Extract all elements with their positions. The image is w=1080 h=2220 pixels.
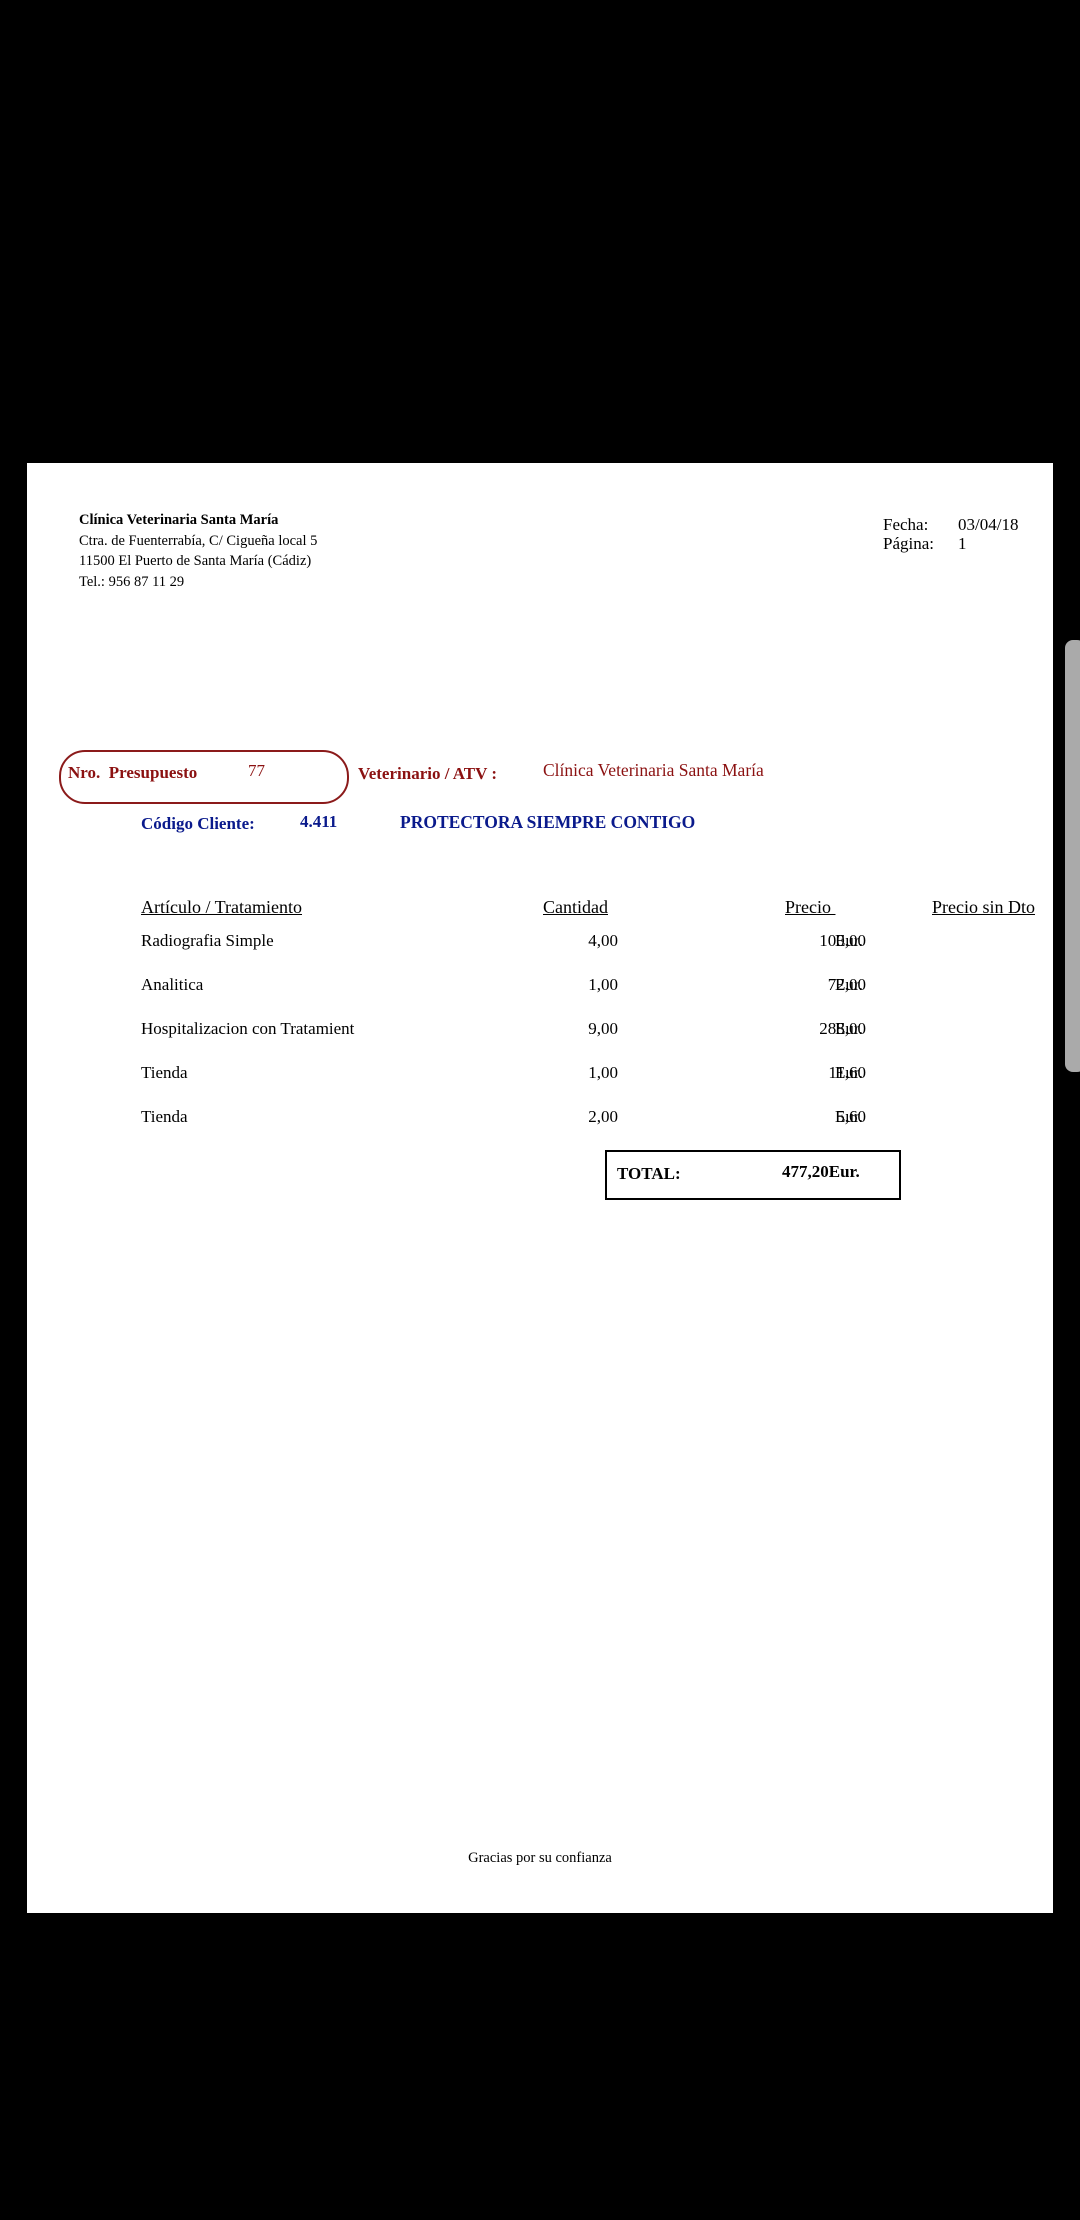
vet-value: Clínica Veterinaria Santa María (543, 760, 764, 781)
document-page: Clínica Veterinaria Santa María Ctra. de… (27, 463, 1053, 1913)
row-quantity: 2,00 (588, 1107, 618, 1127)
page-value: 1 (958, 534, 967, 553)
clinic-info: Clínica Veterinaria Santa María Ctra. de… (79, 510, 317, 592)
row-quantity: 9,00 (588, 1019, 618, 1039)
row-quantity: 4,00 (588, 931, 618, 951)
header-price: Precio (785, 897, 835, 918)
scrollbar-handle[interactable] (1065, 640, 1080, 1072)
row-currency: Eur. (835, 1019, 863, 1039)
page-label: Página: (883, 534, 958, 553)
budget-label: Nro. Presupuesto (68, 763, 197, 783)
clinic-address-line2: 11500 El Puerto de Santa María (Cádiz) (79, 551, 317, 572)
vet-label: Veterinario / ATV : (358, 764, 497, 784)
header-quantity: Cantidad (543, 897, 608, 918)
row-article: Radiografia Simple (141, 931, 274, 951)
row-article: Tienda (141, 1107, 188, 1127)
client-code: 4.411 (300, 812, 337, 832)
row-article: Analitica (141, 975, 203, 995)
row-quantity: 1,00 (588, 975, 618, 995)
clinic-address-line1: Ctra. de Fuenterrabía, C/ Cigueña local … (79, 531, 317, 552)
row-currency: Eur. (835, 975, 863, 995)
header-article: Artículo / Tratamiento (141, 897, 302, 918)
row-article: Hospitalizacion con Tratamient (141, 1019, 354, 1039)
row-quantity: 1,00 (588, 1063, 618, 1083)
footer-message: Gracias por su confianza (27, 1850, 1053, 1867)
budget-number: 77 (248, 761, 265, 781)
client-code-label: Código Cliente: (141, 814, 255, 834)
date-value: 03/04/18 (958, 515, 1018, 534)
document-meta: Fecha: 03/04/18 Página: 1 (883, 515, 1018, 553)
row-currency: Eur. (835, 1063, 863, 1083)
row-article: Tienda (141, 1063, 188, 1083)
clinic-name: Clínica Veterinaria Santa María (79, 510, 317, 531)
client-name: PROTECTORA SIEMPRE CONTIGO (400, 812, 695, 833)
row-currency: Eur. (835, 931, 863, 951)
clinic-phone: Tel.: 956 87 11 29 (79, 572, 317, 593)
date-label: Fecha: (883, 515, 958, 534)
header-price-no-discount: Precio sin Dto (932, 897, 1035, 918)
total-value: 477,20Eur. (782, 1162, 860, 1182)
total-label: TOTAL: (617, 1164, 681, 1184)
row-currency: Eur. (835, 1107, 863, 1127)
